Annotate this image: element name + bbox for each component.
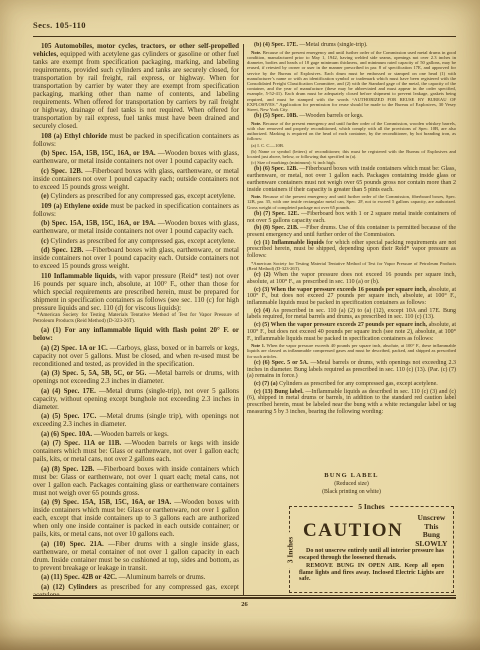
header-rule [33,36,456,37]
bottom-rule [33,595,456,599]
bung-label-subtitle-size: (Reduced size) [247,481,456,487]
column-divider [243,44,244,595]
caution-title-row: CAUTION Unscrew This Bung SLOWLY [299,514,444,548]
caution-label-box: 5 Inches 3 Inches CAUTION Unscrew This B… [289,506,454,593]
paragraph: (b) Spec. 15A, 15B, 15C, 16A, or 19A. —W… [33,219,239,235]
fine-print-paragraph: Note. Because of the present emergency a… [247,121,456,142]
bung-label-figure: BUNG LABEL (Reduced size) (Black printin… [247,467,456,595]
paragraph: (a) (5) Spec. 17C. —Metal drums (single … [33,412,239,428]
document-page: Secs. 105-110 105 Automobiles, motor cyc… [0,0,480,650]
paragraph: (c) (3) When the vapor pressure exceeds … [247,287,456,307]
fine-print-paragraph: Note. Because of the present emergency a… [247,194,456,210]
paragraph: (a) (1) For any inflammable liquid with … [33,326,239,342]
paragraph: 109 (a) Ethylene oxide must be packed in… [33,202,239,218]
left-column: 105 Automobiles, motor cycles, tractors,… [33,42,239,595]
paragraph: (a) (12) Cylinders as prescribed for any… [33,583,239,595]
fine-print-paragraph: Note. Because of the present emergency a… [247,50,456,112]
caution-paragraph-1: Do not unscrew entirely until all interi… [299,548,444,561]
paragraph: (c) (7) (a) Cylinders as prescribed for … [247,381,456,388]
paragraph: (a) (4) Spec. 17E. —Metal drums (single-… [33,387,239,411]
paragraph: (a) (9) Spec. 15A, 15B, 15C, 16A, or 19A… [33,498,239,538]
running-head: Secs. 105-110 [33,20,86,30]
paragraph: (a) (7) Spec. 11A or 11B. —Wooden barrel… [33,439,239,463]
height-dimension-label: 3 Inches [286,532,295,568]
paragraph: 110 Inflammable liquids, with vapor pres… [33,272,239,312]
paragraph: (b) (4) Spec. 17E. —Metal drums (single-… [247,42,456,49]
fine-print-paragraph: *American Society for Testing Materials … [33,313,239,325]
paragraph: (c) (13) Bung label. —Inflammable liquid… [247,389,456,416]
paragraph: (d) Spec. 12B. —Fiberboard boxes with gl… [33,246,239,270]
fine-print-paragraph: Note 1. When the vapor pressure exceeds … [247,343,456,359]
paragraph: (c) Cylinders as prescribed for any comp… [33,237,239,245]
paragraph: (c) (1) Inflammable liquids for which ot… [247,240,456,260]
bung-label-subtitle-print: (Black printing on white) [247,489,456,495]
paragraph: (b) (5) Spec. 10B. —Wooden barrels or ke… [247,113,456,120]
paragraph: (b) (6) Spec. 12B. —Fiberboard boxes wit… [247,166,456,193]
fine-print-paragraph: (c) Size of markings (minimum): ¾ inch h… [247,160,456,165]
paragraph: (c) Spec. 12B. —Fiberboard boxes with gl… [33,167,239,191]
bung-label-heading: BUNG LABEL [247,472,456,479]
paragraph: (a) (11) Spec. 42B or 42C. —Aluminum bar… [33,573,239,581]
paragraph: 105 Automobiles, motor cycles, tractors,… [33,42,239,130]
paragraph: (a) (6) Spec. 10A. —Wooden barrels or ke… [33,430,239,438]
paragraph: (c) (4) As prescribed in sec. 110 (a) (2… [247,308,456,321]
paragraph: (e) Cylinders as prescribed for any comp… [33,192,239,200]
width-dimension-label: 5 Inches [353,502,389,511]
caution-word: CAUTION [303,520,403,542]
caution-instruction-line2: SLOWLY [415,539,447,548]
paragraph: (c) (2) When the vapor pressure does not… [247,272,456,285]
paragraph: (b) Spec. 15A, 15B, 15C, 16A, or 19A. —W… [33,149,239,165]
paragraph: (c) (5) When the vapor pressure exceeds … [247,322,456,342]
paragraph: (b) (7) Spec. 12E. —Fiberboard box with … [247,211,456,224]
paragraph: 108 (a) Ethyl chloride must be packed in… [33,132,239,148]
caution-instruction-line1: Unscrew This Bung [417,513,445,539]
fine-print-paragraph: *American Society for Testing Material T… [247,261,456,271]
paragraph: (c) (6) Spec. 5 or 5A. —Metal barrels or… [247,360,456,380]
paragraph: (b) (8) Spec. 21B. —Fiber drums. Use of … [247,225,456,238]
caution-paragraph-2: REMOVE BUNG IN OPEN AIR. Keep all open f… [299,563,444,583]
text-columns: 105 Automobiles, motor cycles, tractors,… [33,42,456,595]
page-number: 26 [33,601,456,608]
paragraph: (a) (10) Spec. 21A. —Fiber drums with a … [33,540,239,572]
paragraph: (a) (2) Spec. 1A or 1C. —Carboys, glass,… [33,344,239,368]
paragraph: (a) (8) Spec. 12B. —Fiberboard boxes wit… [33,465,239,497]
paragraph: (a) (3) Spec. 5, 5A, 5B, 5C, or 5G. —Met… [33,369,239,385]
right-column: (b) (4) Spec. 17E. —Metal drums (single-… [247,42,456,595]
fine-print-paragraph: (b) Name or symbol (letters) of recondit… [247,149,456,159]
caution-instruction: Unscrew This Bung SLOWLY [415,514,447,548]
fine-print-paragraph: (a) I. C. C.—10B. [247,143,456,148]
right-column-paragraphs: (b) (4) Spec. 17E. —Metal drums (single-… [247,42,456,467]
